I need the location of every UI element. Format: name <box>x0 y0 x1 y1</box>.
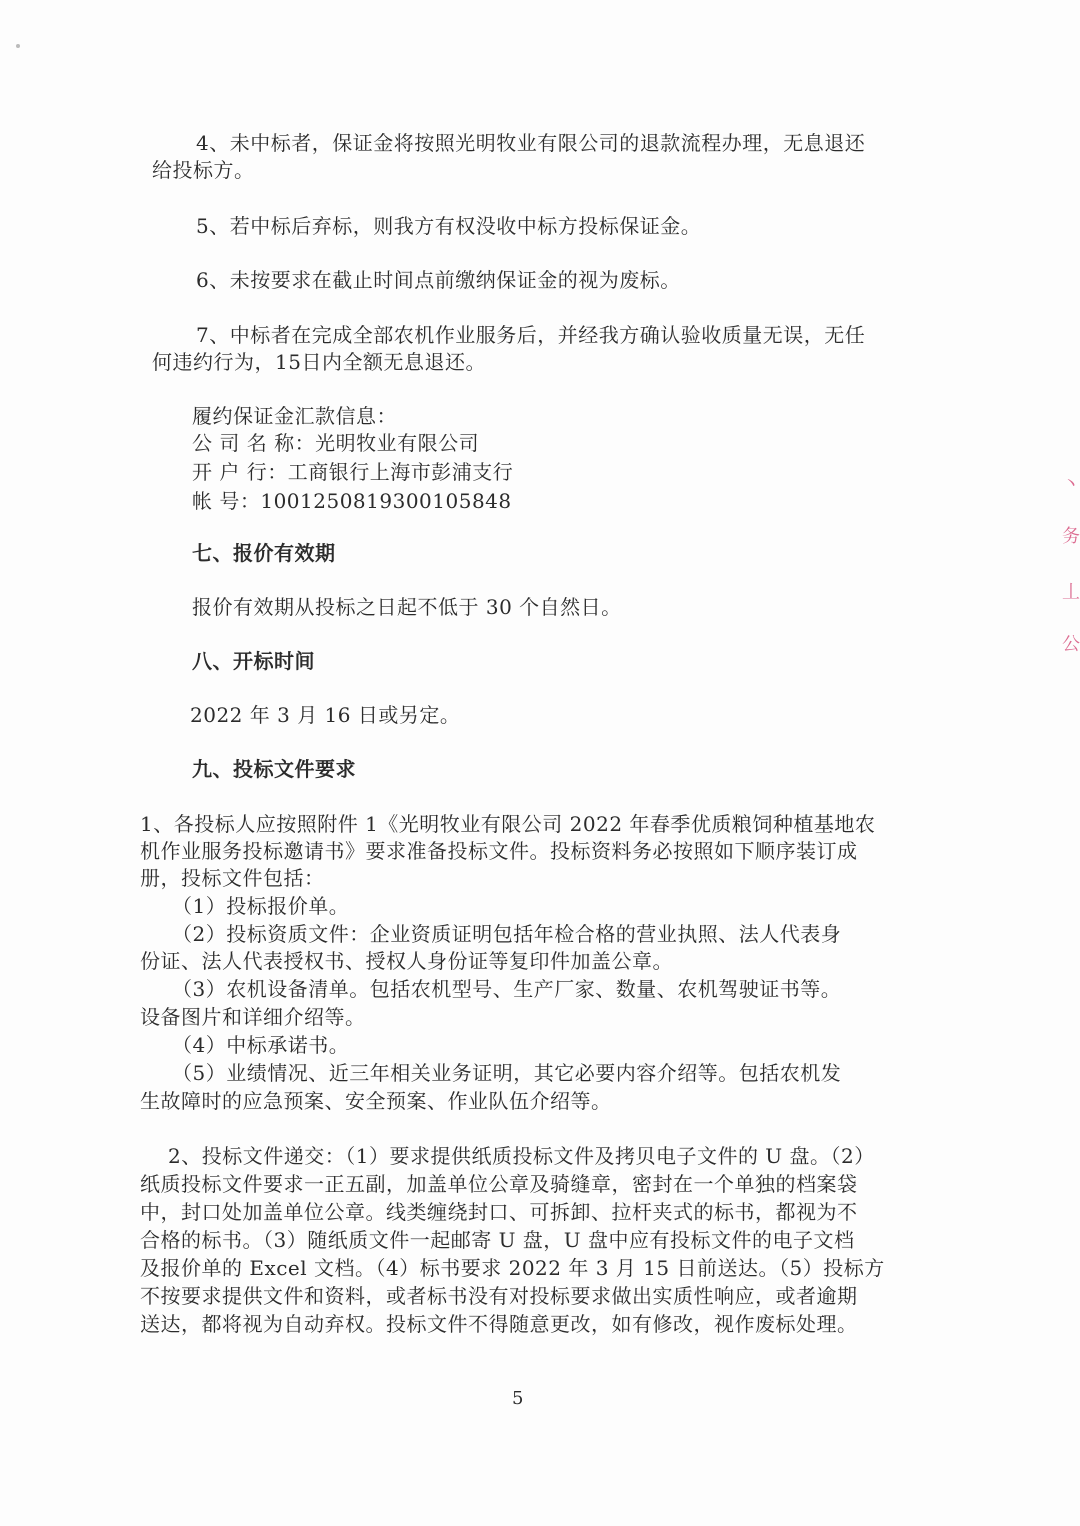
text-line: 何违约行为，15日内全额无息退还。 <box>152 349 486 375</box>
text-line: 报价有效期从投标之日起不低于 30 个自然日。 <box>192 594 622 620</box>
text-line: 纸质投标文件要求一正五副，加盖单位公章及骑缝章，密封在一个单独的档案袋 <box>140 1171 858 1197</box>
red-seal-fragment: 丶 务 丄 公 <box>1058 470 1080 690</box>
text-line: 机作业服务投标邀请书》要求准备投标文件。投标资料务必按照如下顺序装订成 <box>140 838 858 864</box>
text-line: 给投标方。 <box>152 157 255 183</box>
text-line: 履约保证金汇款信息： <box>192 403 397 429</box>
text-line: （4）中标承诺书。 <box>172 1032 349 1058</box>
text-line: 份证、法人代表授权书、授权人身份证等复印件加盖公章。 <box>140 948 673 974</box>
seal-char: 丶 <box>1062 470 1080 496</box>
text-line: 1、各投标人应按照附件 1《光明牧业有限公司 2022 年春季优质粮饲种植基地农 <box>140 811 875 837</box>
text-line: 及报价单的 Excel 文档。（4）标书要求 2022 年 3 月 15 日前送… <box>140 1255 885 1281</box>
section-heading: 七、报价有效期 <box>192 540 336 566</box>
text-line: 帐 号：1001250819300105848 <box>192 488 512 514</box>
text-line: 送达，都将视为自动弃权。投标文件不得随意更改，如有修改，视作废标处理。 <box>140 1311 858 1337</box>
text-line: 公 司 名 称：光明牧业有限公司 <box>192 430 479 456</box>
text-line: 4、未中标者，保证金将按照光明牧业有限公司的退款流程办理，无息退还 <box>196 130 865 156</box>
text-line: （3）农机设备清单。包括农机型号、生产厂家、数量、农机驾驶证书等。 <box>172 976 841 1002</box>
text-line: 生故障时的应急预案、安全预案、作业队伍介绍等。 <box>140 1088 612 1114</box>
text-line: （5）业绩情况、近三年相关业务证明，其它必要内容介绍等。包括农机发 <box>172 1060 841 1086</box>
text-line: 册，投标文件包括： <box>140 865 325 891</box>
text-line: 2、投标文件递交：（1）要求提供纸质投标文件及拷贝电子文件的 U 盘。（2） <box>168 1143 875 1169</box>
text-line: 不按要求提供文件和资料，或者标书没有对投标要求做出实质性响应，或者逾期 <box>140 1283 858 1309</box>
seal-char: 公 <box>1062 630 1080 656</box>
text-line: （2）投标资质文件：企业资质证明包括年检合格的营业执照、法人代表身 <box>172 921 841 947</box>
text-line: 中，封口处加盖单位公章。线类缠绕封口、可拆卸、拉杆夹式的标书，都视为不 <box>140 1199 858 1225</box>
seal-char: 丄 <box>1062 578 1080 604</box>
scan-mark <box>16 44 20 48</box>
text-line: 6、未按要求在截止时间点前缴纳保证金的视为废标。 <box>196 267 681 293</box>
section-heading: 九、投标文件要求 <box>192 756 356 782</box>
page-number: 5 <box>512 1388 523 1409</box>
seal-char: 务 <box>1062 522 1080 548</box>
text-line: 设备图片和详细介绍等。 <box>140 1004 366 1030</box>
text-line: 7、中标者在完成全部农机作业服务后，并经我方确认验收质量无误，无任 <box>196 322 865 348</box>
text-line: 5、若中标后弃标，则我方有权没收中标方投标保证金。 <box>196 213 701 239</box>
text-line: 合格的标书。（3）随纸质文件一起邮寄 U 盘，U 盘中应有投标文件的电子文档 <box>140 1227 855 1253</box>
text-line: 开 户 行：工商银行上海市彭浦支行 <box>192 459 513 485</box>
document-page: 4、未中标者，保证金将按照光明牧业有限公司的退款流程办理，无息退还给投标方。5、… <box>0 0 1080 1526</box>
text-line: （1）投标报价单。 <box>172 893 349 919</box>
text-line: 2022 年 3 月 16 日或另定。 <box>190 702 460 728</box>
section-heading: 八、开标时间 <box>192 648 315 674</box>
